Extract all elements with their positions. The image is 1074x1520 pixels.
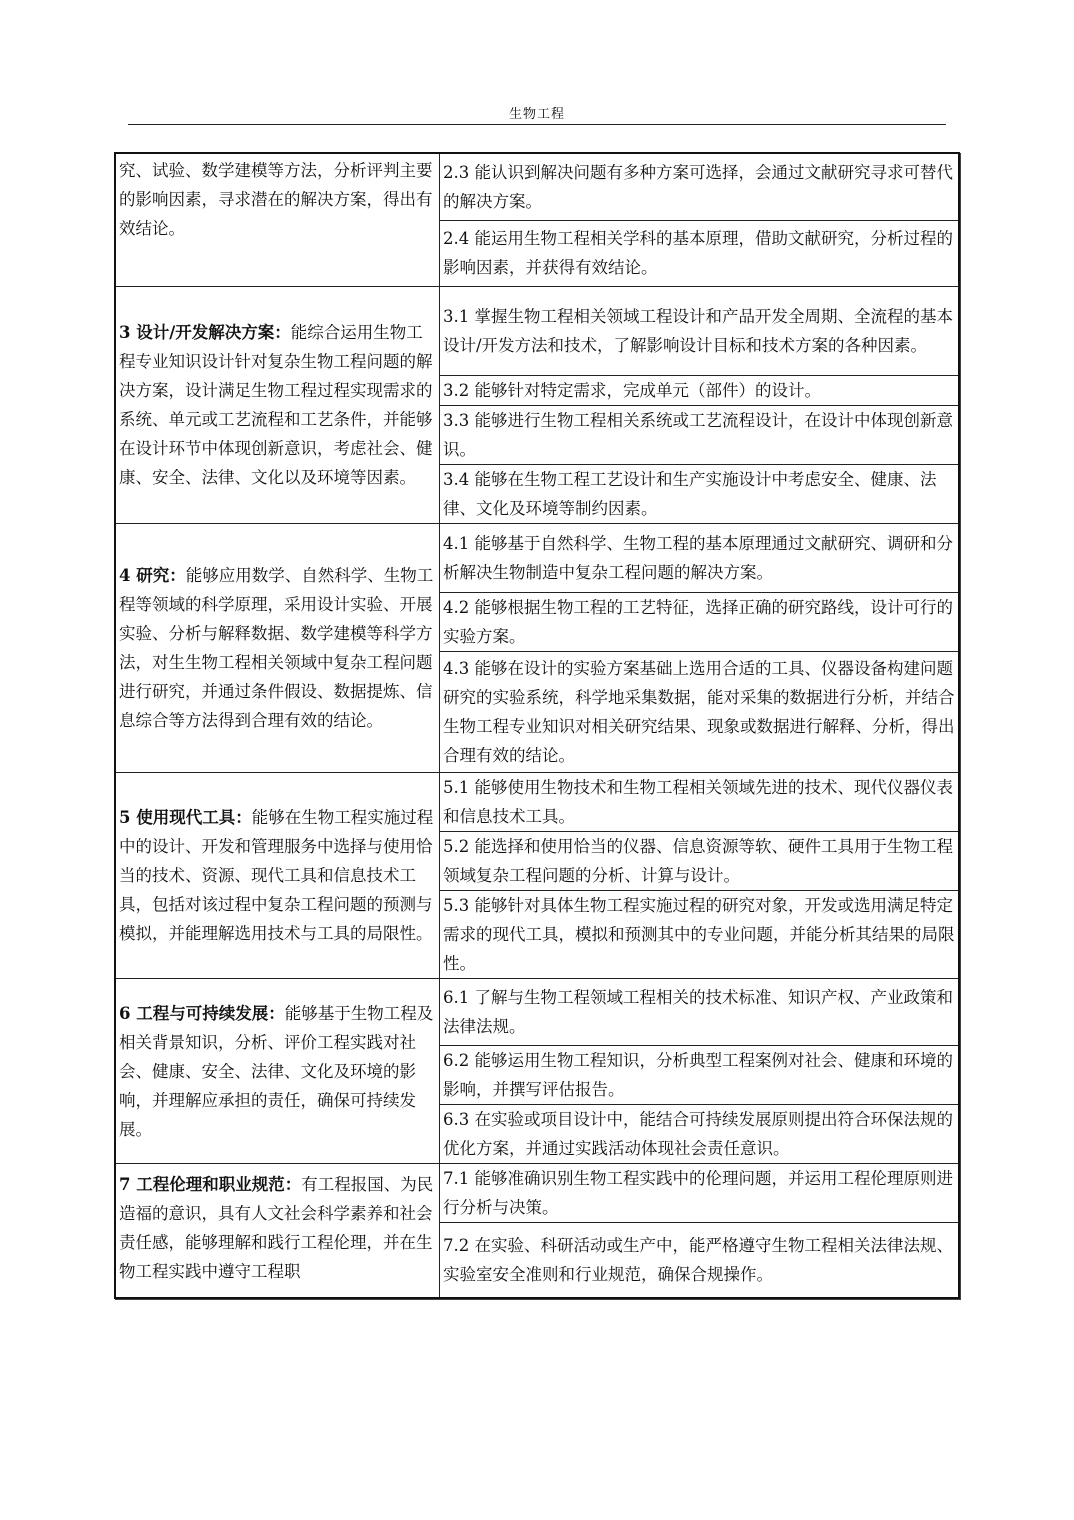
indicator-text: 3.4 能够在生物工程工艺设计和生产实施设计中考虑安全、健康、法律、文化及环境等… <box>443 470 937 518</box>
table-row: 5 使用现代工具：能够在生物工程实施过程中的设计、开发和管理服务中选择与使用恰当… <box>115 773 959 832</box>
indicator-cell: 7.1 能够准确识别生物工程实践中的伦理问题，并运用工程伦理原则进行分析与决策。 <box>440 1164 960 1223</box>
table-row: 6 工程与可持续发展：能够基于生物工程及相关背景知识，分析、评价工程实践对社会、… <box>115 979 959 1046</box>
indicator-text: 3.3 能够进行生物工程相关系统或工艺流程设计，在设计中体现创新意识。 <box>443 411 953 459</box>
table-row: 7 工程伦理和职业规范：有工程报国、为民造福的意识，具有人文社会科学素养和社会责… <box>115 1164 959 1223</box>
indicator-text: 3.2 能够针对特定需求，完成单元（部件）的设计。 <box>443 381 821 400</box>
requirement-cell: 6 工程与可持续发展：能够基于生物工程及相关背景知识，分析、评价工程实践对社会、… <box>115 979 440 1164</box>
indicator-text: 3.1 掌握生物工程相关领域工程设计和产品开发全周期、全流程的基本设计/开发方法… <box>443 307 953 355</box>
indicator-text: 4.1 能够基于自然科学、生物工程的基本原理通过文献研究、调研和分析解决生物制造… <box>443 534 953 582</box>
indicator-text: 2.3 能认识到解决问题有多种方案可选择，会通过文献研究寻求可替代的解决方案。 <box>443 163 953 211</box>
indicator-cell: 4.1 能够基于自然科学、生物工程的基本原理通过文献研究、调研和分析解决生物制造… <box>440 524 960 593</box>
indicator-text: 4.2 能够根据生物工程的工艺特征，选择正确的研究路线，设计可行的实验方案。 <box>443 598 953 646</box>
indicator-cell: 3.1 掌握生物工程相关领域工程设计和产品开发全周期、全流程的基本设计/开发方法… <box>440 287 960 376</box>
table-row: 4 研究：能够应用数学、自然科学、生物工程等领域的科学原理，采用设计实验、开展实… <box>115 524 959 593</box>
table-row: 究、试验、数学建模等方法，分析评判主要的影响因素，寻求潜在的解决方案，得出有效结… <box>115 153 959 220</box>
indicator-cell: 2.4 能运用生物工程相关学科的基本原理，借助文献研究，分析过程的影响因素，并获… <box>440 220 960 286</box>
indicator-cell: 5.1 能够使用生物技术和生物工程相关领域先进的技术、现代仪器仪表和信息技术工具… <box>440 773 960 832</box>
requirement-text: 能综合运用生物工程专业知识设计针对复杂生物工程问题的解决方案，设计满足生物工程过… <box>119 323 433 487</box>
indicator-cell: 3.3 能够进行生物工程相关系统或工艺流程设计，在设计中体现创新意识。 <box>440 406 960 465</box>
table-row: 3 设计/开发解决方案：能综合运用生物工程专业知识设计针对复杂生物工程问题的解决… <box>115 287 959 376</box>
header-divider <box>128 124 946 125</box>
requirement-title: 6 工程与可持续发展： <box>119 1004 285 1023</box>
requirement-text: 究、试验、数学建模等方法，分析评判主要的影响因素，寻求潜在的解决方案，得出有效结… <box>119 161 433 238</box>
indicator-cell: 6.1 了解与生物工程领域工程相关的技术标准、知识产权、产业政策和法律法规。 <box>440 979 960 1046</box>
indicator-text: 6.3 在实验或项目设计中，能结合可持续发展原则提出符合环保法规的优化方案，并通… <box>443 1110 953 1158</box>
indicator-text: 6.1 了解与生物工程领域工程相关的技术标准、知识产权、产业政策和法律法规。 <box>443 988 953 1036</box>
indicator-text: 5.3 能够针对具体生物工程实施过程的研究对象，开发或选用满足特定需求的现代工具… <box>443 896 955 973</box>
requirement-text: 能够基于生物工程及相关背景知识，分析、评价工程实践对社会、健康、安全、法律、文化… <box>119 1004 433 1139</box>
requirement-title: 3 设计/开发解决方案： <box>119 323 291 342</box>
requirement-cell: 4 研究：能够应用数学、自然科学、生物工程等领域的科学原理，采用设计实验、开展实… <box>115 524 440 773</box>
indicator-text: 6.2 能够运用生物工程知识，分析典型工程案例对社会、健康和环境的影响，并撰写评… <box>443 1051 953 1099</box>
indicator-cell: 3.4 能够在生物工程工艺设计和生产实施设计中考虑安全、健康、法律、文化及环境等… <box>440 465 960 524</box>
indicator-text: 7.2 在实验、科研活动或生产中，能严格遵守生物工程相关法律法规、实验室安全准则… <box>443 1236 953 1284</box>
indicator-cell: 5.2 能选择和使用恰当的仪器、信息资源等软、硬件工具用于生物工程领域复杂工程问… <box>440 832 960 891</box>
requirement-text: 能够在生物工程实施过程中的设计、开发和管理服务中选择与使用恰当的技术、资源、现代… <box>119 808 433 943</box>
indicator-cell: 7.2 在实验、科研活动或生产中，能严格遵守生物工程相关法律法规、实验室安全准则… <box>440 1223 960 1299</box>
requirement-title: 7 工程伦理和职业规范： <box>119 1175 301 1194</box>
requirement-cell: 7 工程伦理和职业规范：有工程报国、为民造福的意识，具有人文社会科学素养和社会责… <box>115 1164 440 1299</box>
indicator-cell: 6.2 能够运用生物工程知识，分析典型工程案例对社会、健康和环境的影响，并撰写评… <box>440 1046 960 1105</box>
indicator-cell: 3.2 能够针对特定需求，完成单元（部件）的设计。 <box>440 376 960 406</box>
indicator-cell: 4.3 能够在设计的实验方案基础上选用合适的工具、仪器设备构建问题研究的实验系统… <box>440 652 960 773</box>
page-header-title: 生物工程 <box>0 103 1074 122</box>
indicator-cell: 6.3 在实验或项目设计中，能结合可持续发展原则提出符合环保法规的优化方案，并通… <box>440 1105 960 1164</box>
requirement-cell: 究、试验、数学建模等方法，分析评判主要的影响因素，寻求潜在的解决方案，得出有效结… <box>115 153 440 287</box>
indicator-text: 2.4 能运用生物工程相关学科的基本原理，借助文献研究，分析过程的影响因素，并获… <box>443 229 953 277</box>
indicator-cell: 4.2 能够根据生物工程的工艺特征，选择正确的研究路线，设计可行的实验方案。 <box>440 593 960 652</box>
requirement-cell: 5 使用现代工具：能够在生物工程实施过程中的设计、开发和管理服务中选择与使用恰当… <box>115 773 440 979</box>
indicator-text: 5.1 能够使用生物技术和生物工程相关领域先进的技术、现代仪器仪表和信息技术工具… <box>443 778 953 826</box>
indicator-cell: 5.3 能够针对具体生物工程实施过程的研究对象，开发或选用满足特定需求的现代工具… <box>440 891 960 979</box>
requirement-cell: 3 设计/开发解决方案：能综合运用生物工程专业知识设计针对复杂生物工程问题的解决… <box>115 287 440 524</box>
indicator-text: 4.3 能够在设计的实验方案基础上选用合适的工具、仪器设备构建问题研究的实验系统… <box>443 659 955 765</box>
indicator-text: 7.1 能够准确识别生物工程实践中的伦理问题，并运用工程伦理原则进行分析与决策。 <box>443 1169 953 1217</box>
requirement-title: 4 研究： <box>119 566 186 585</box>
requirement-text: 能够应用数学、自然科学、生物工程等领域的科学原理，采用设计实验、开展实验、分析与… <box>119 566 433 730</box>
requirement-title: 5 使用现代工具： <box>119 808 252 827</box>
indicator-text: 5.2 能选择和使用恰当的仪器、信息资源等软、硬件工具用于生物工程领域复杂工程问… <box>443 837 953 885</box>
indicator-cell: 2.3 能认识到解决问题有多种方案可选择，会通过文献研究寻求可替代的解决方案。 <box>440 153 960 220</box>
graduation-requirements-table: 究、试验、数学建模等方法，分析评判主要的影响因素，寻求潜在的解决方案，得出有效结… <box>114 152 960 1299</box>
